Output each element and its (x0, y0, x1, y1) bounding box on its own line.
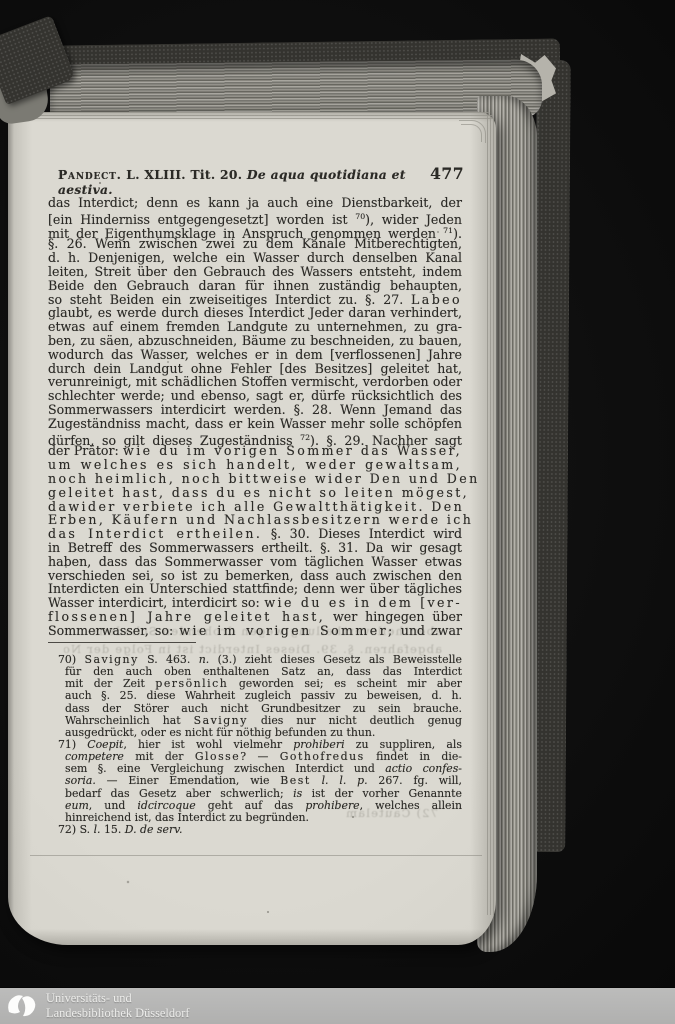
text-segment: soria. (65, 774, 96, 787)
text-segment: Interdicten ein Unterschied stattfinde; … (48, 581, 462, 596)
body-text-line: [ein Hinderniss entgegengesetzt] worden … (48, 210, 462, 224)
body-text-line: glaubt, es werde durch dieses Interdict … (48, 306, 462, 320)
text-segment: L. XLIII. Tit. 20. (122, 167, 247, 182)
body-text-line: Zugeständniss macht, dass er kein Wasser… (48, 417, 462, 431)
text-segment: so steht Beiden ein zweiseitiges Interdi… (48, 292, 411, 307)
text-segment: D. de serv. (125, 823, 183, 836)
text-segment: wie du es in dem [ver- (264, 595, 462, 610)
text-segment: schlechter werde; und ebenso, sagt er, d… (48, 388, 462, 403)
text-segment: prohiberi (293, 738, 344, 751)
text-segment: zu suppliren, als (345, 738, 462, 751)
body-text-line: das Interdict ertheilen. §. 30. Dieses I… (48, 527, 462, 541)
text-segment: , und (89, 799, 138, 812)
text-segment: l. l. p. (322, 774, 368, 787)
text-segment: , hier ist wohl vielmehr (123, 738, 293, 751)
text-segment: persönlich (155, 677, 228, 690)
text-segment: ? — (240, 750, 280, 763)
text-segment: um welches es sich handelt, weder gewalt… (48, 457, 462, 472)
library-name-line1: Universitäts- und (46, 991, 190, 1006)
body-text-line: schlechter werde; und ebenso, sagt er, d… (48, 389, 462, 403)
text-segment: für den auch oben enthaltenen Satz an, d… (65, 665, 462, 678)
body-text-line: §. 26. Wenn zwischen zwei zu dem Kanale … (48, 237, 462, 251)
scanned-book-photo: Pandect. L. XLIII. Tit. 20. De aqua quot… (0, 0, 675, 1024)
body-text-line: verschieden sei, so ist zu bemerken, das… (48, 569, 462, 583)
text-segment: noch heimlich, noch bittweise wider Den … (48, 471, 480, 486)
text-segment: das Interdict; denn es kann ja auch eine… (48, 195, 462, 210)
text-segment: mit der (124, 750, 195, 763)
page-header: Pandect. L. XLIII. Tit. 20. De aqua quot… (48, 164, 464, 197)
running-title: Pandect. L. XLIII. Tit. 20. De aqua quot… (48, 167, 430, 197)
text-segment: dawider verbiete ich alle Gewaltthätigke… (48, 499, 464, 514)
text-segment: dies nur nicht deutlich genug (248, 714, 462, 727)
text-segment: sem §. eine Vergleichung zwischen Interd… (65, 762, 385, 775)
book-page: Pandect. L. XLIII. Tit. 20. De aqua quot… (8, 112, 496, 945)
text-segment: leiten, Streit über den Gebrauch des Was… (48, 264, 462, 279)
text-segment: dass der Störer auch nicht Grundbesitzer… (65, 702, 462, 715)
body-text-line: leiten, Streit über den Gebrauch des Was… (48, 265, 462, 279)
text-segment: wie du im vorigen Sommer das Wasser, (123, 443, 462, 458)
text-segment: l. (94, 823, 101, 836)
text-segment: etwas auf einem fremden Landgute zu unte… (48, 319, 462, 334)
text-segment: §. 30. Dieses Interdict wird (262, 526, 462, 541)
text-segment: verschieden sei, so ist zu bemerken, das… (48, 568, 462, 583)
text-segment: verunreinigt, mit schädlichen Stoffen ve… (48, 374, 462, 389)
text-segment: Labeo (411, 292, 462, 307)
text-segment: wie im vorigen Sommer; (179, 623, 394, 638)
library-name-line2: Landesbibliothek Düsseldorf (46, 1006, 190, 1021)
page-corner-ring (461, 124, 482, 142)
text-segment: is (293, 787, 302, 800)
text-segment: ausgedrückt, oder es nicht für nöthig be… (65, 726, 375, 739)
text-segment: 70) (58, 653, 85, 666)
body-text-line: in Betreff des Sommerwassers ertheilt. §… (48, 541, 462, 555)
text-segment: Savigny (85, 653, 139, 666)
page-crease-line (30, 855, 482, 856)
text-segment: Sommerwasser, so: (48, 623, 179, 638)
text-segment: 15. (101, 823, 125, 836)
text-segment: Wasser interdicirt, interdicirt so: (48, 595, 264, 610)
text-segment: Coepit (87, 738, 123, 751)
footnote-line: 72) S. l. 15. D. de serv. (58, 824, 462, 836)
footnote-rule (48, 642, 196, 643)
text-segment: geht auf das (196, 799, 306, 812)
text-segment: Sommerwassers interdicirt werden. §. 28.… (48, 402, 462, 417)
text-segment: flossenen] Jahre geleitet hast, (48, 609, 325, 624)
text-segment: wodurch das Wasser, welches er in dem [v… (48, 347, 462, 362)
library-banner: Universitäts- und Landesbibliothek Düsse… (0, 988, 675, 1024)
body-text-line: der Prätor: wie du im vorigen Sommer das… (48, 444, 462, 458)
text-segment: haben, dass das Sommerwasser vom täglich… (48, 554, 462, 569)
body-text-line: etwas auf einem fremden Landgute zu unte… (48, 320, 462, 334)
text-segment: in Betreff des Sommerwassers ertheilt. §… (48, 540, 462, 555)
text-segment: competere (65, 750, 124, 763)
body-text-line: Wasser interdicirt, interdicirt so: wie … (48, 596, 462, 610)
text-segment: prohibere (305, 799, 359, 812)
text-segment: ist der vorher Genannte (302, 787, 462, 800)
body-text-line: flossenen] Jahre geleitet hast, wer hing… (48, 610, 462, 624)
text-segment: Zugeständniss macht, dass er kein Wasser… (48, 416, 462, 431)
text-segment: ben, zu säen, abzuschneiden, Bäume zu be… (48, 333, 462, 348)
text-segment: Beide den Gebrauch daran für ihnen zustä… (48, 278, 462, 293)
page-edge-lines-right (487, 116, 496, 915)
body-text-line: Beide den Gebrauch daran für ihnen zustä… (48, 279, 462, 293)
body-text-line: das Interdict; denn es kann ja auch eine… (48, 196, 462, 210)
footnotes-block: 70) Savigny S. 463. n. (3.) zieht dieses… (48, 654, 462, 836)
text-segment: bedarf das Gesetz aber schwerlich; (65, 787, 293, 800)
text-segment: Glosse (195, 750, 240, 763)
main-text-block: das Interdict; denn es kann ja auch eine… (48, 196, 462, 638)
text-segment: Pandect. (58, 167, 122, 182)
text-segment: der Prätor: (48, 443, 123, 458)
text-segment: eum (65, 799, 89, 812)
text-segment: — Einer Emendation, wie (96, 774, 281, 787)
text-segment: 267. fg. will, (368, 774, 462, 787)
text-segment: (3.) zieht dieses Gesetz als Beweisstell… (209, 653, 462, 666)
text-segment: actio confes- (385, 762, 462, 775)
body-text-line: Erben, Käufern und Nachlassbesitzern wer… (48, 513, 462, 527)
text-segment: das Interdict ertheilen. (48, 526, 262, 541)
body-text-line: noch heimlich, noch bittweise wider Den … (48, 472, 462, 486)
body-text-line: d. h. Denjenigen, welche ein Wasser durc… (48, 251, 462, 265)
text-segment: Best (280, 774, 310, 787)
text-segment: , welches allein (360, 799, 462, 812)
page-edge-lines-top (32, 112, 494, 119)
text-segment: auch §. 25. diese Wahrheit zugleich pass… (65, 689, 462, 702)
text-segment: hinreichend ist, das Interdict zu begrün… (65, 811, 309, 824)
body-text-line: ben, zu säen, abzuschneiden, Bäume zu be… (48, 334, 462, 348)
text-segment: Wahrscheinlich hat (65, 714, 194, 727)
book-cover-right-edge (531, 60, 571, 852)
body-text-line: haben, dass das Sommerwasser vom täglich… (48, 555, 462, 569)
body-text-line: Sommerwasser, so: wie im vorigen Sommer;… (48, 624, 462, 638)
body-text-line: geleitet hast, dass du es nicht so leite… (48, 486, 462, 500)
text-segment: und zwar (395, 623, 462, 638)
text-segment: mit der Zeit (65, 677, 155, 690)
body-text-line: mit der Eigenthumsklage in Anspruch geno… (48, 224, 462, 238)
text-segment: glaubt, es werde durch dieses Interdict … (48, 305, 462, 320)
text-segment: 72) S. (58, 823, 94, 836)
text-segment: idcircoque (137, 799, 195, 812)
text-segment: durch dein Landgut ohne Fehler [des Besi… (48, 361, 462, 376)
text-segment: geworden sei; es scheint mir aber (228, 677, 462, 690)
text-segment: Savigny (194, 714, 248, 727)
body-text-line: durch dein Landgut ohne Fehler [des Besi… (48, 362, 462, 376)
body-text-line: dürfen, so gilt dieses Zugeständniss 72)… (48, 431, 462, 445)
text-segment: findet in die- (365, 750, 462, 763)
page-number: 477 (430, 164, 464, 183)
body-text-line: um welches es sich handelt, weder gewalt… (48, 458, 462, 472)
text-segment: d. h. Denjenigen, welche ein Wasser durc… (48, 250, 462, 265)
body-text-line: Sommerwassers interdicirt werden. §. 28.… (48, 403, 462, 417)
text-segment: S. 463. (139, 653, 199, 666)
library-name: Universitäts- und Landesbibliothek Düsse… (46, 991, 190, 1021)
body-text-line: so steht Beiden ein zweiseitiges Interdi… (48, 293, 462, 307)
text-segment: Erben, Käufern und Nachlassbesitzern wer… (48, 512, 473, 527)
text-segment: n. (199, 653, 209, 666)
text-segment: 70 (355, 212, 365, 221)
body-text-line: wodurch das Wasser, welches er in dem [v… (48, 348, 462, 362)
text-segment: wer hingegen über (325, 609, 462, 624)
text-segment (311, 774, 322, 787)
text-segment: geleitet hast, dass du es nicht so leite… (48, 485, 469, 500)
text-segment: 71) (58, 738, 87, 751)
ulb-duesseldorf-logo-icon (4, 989, 38, 1023)
body-text-line: dawider verbiete ich alle Gewaltthätigke… (48, 500, 462, 514)
body-text-line: verunreinigt, mit schädlichen Stoffen ve… (48, 375, 462, 389)
body-text-line: Interdicten ein Unterschied stattfinde; … (48, 582, 462, 596)
text-segment: Gothofredus (280, 750, 365, 763)
text-segment: 72 (300, 433, 310, 442)
text-segment: §. 26. Wenn zwischen zwei zu dem Kanale … (48, 236, 462, 251)
text-segment: 71 (443, 226, 453, 235)
